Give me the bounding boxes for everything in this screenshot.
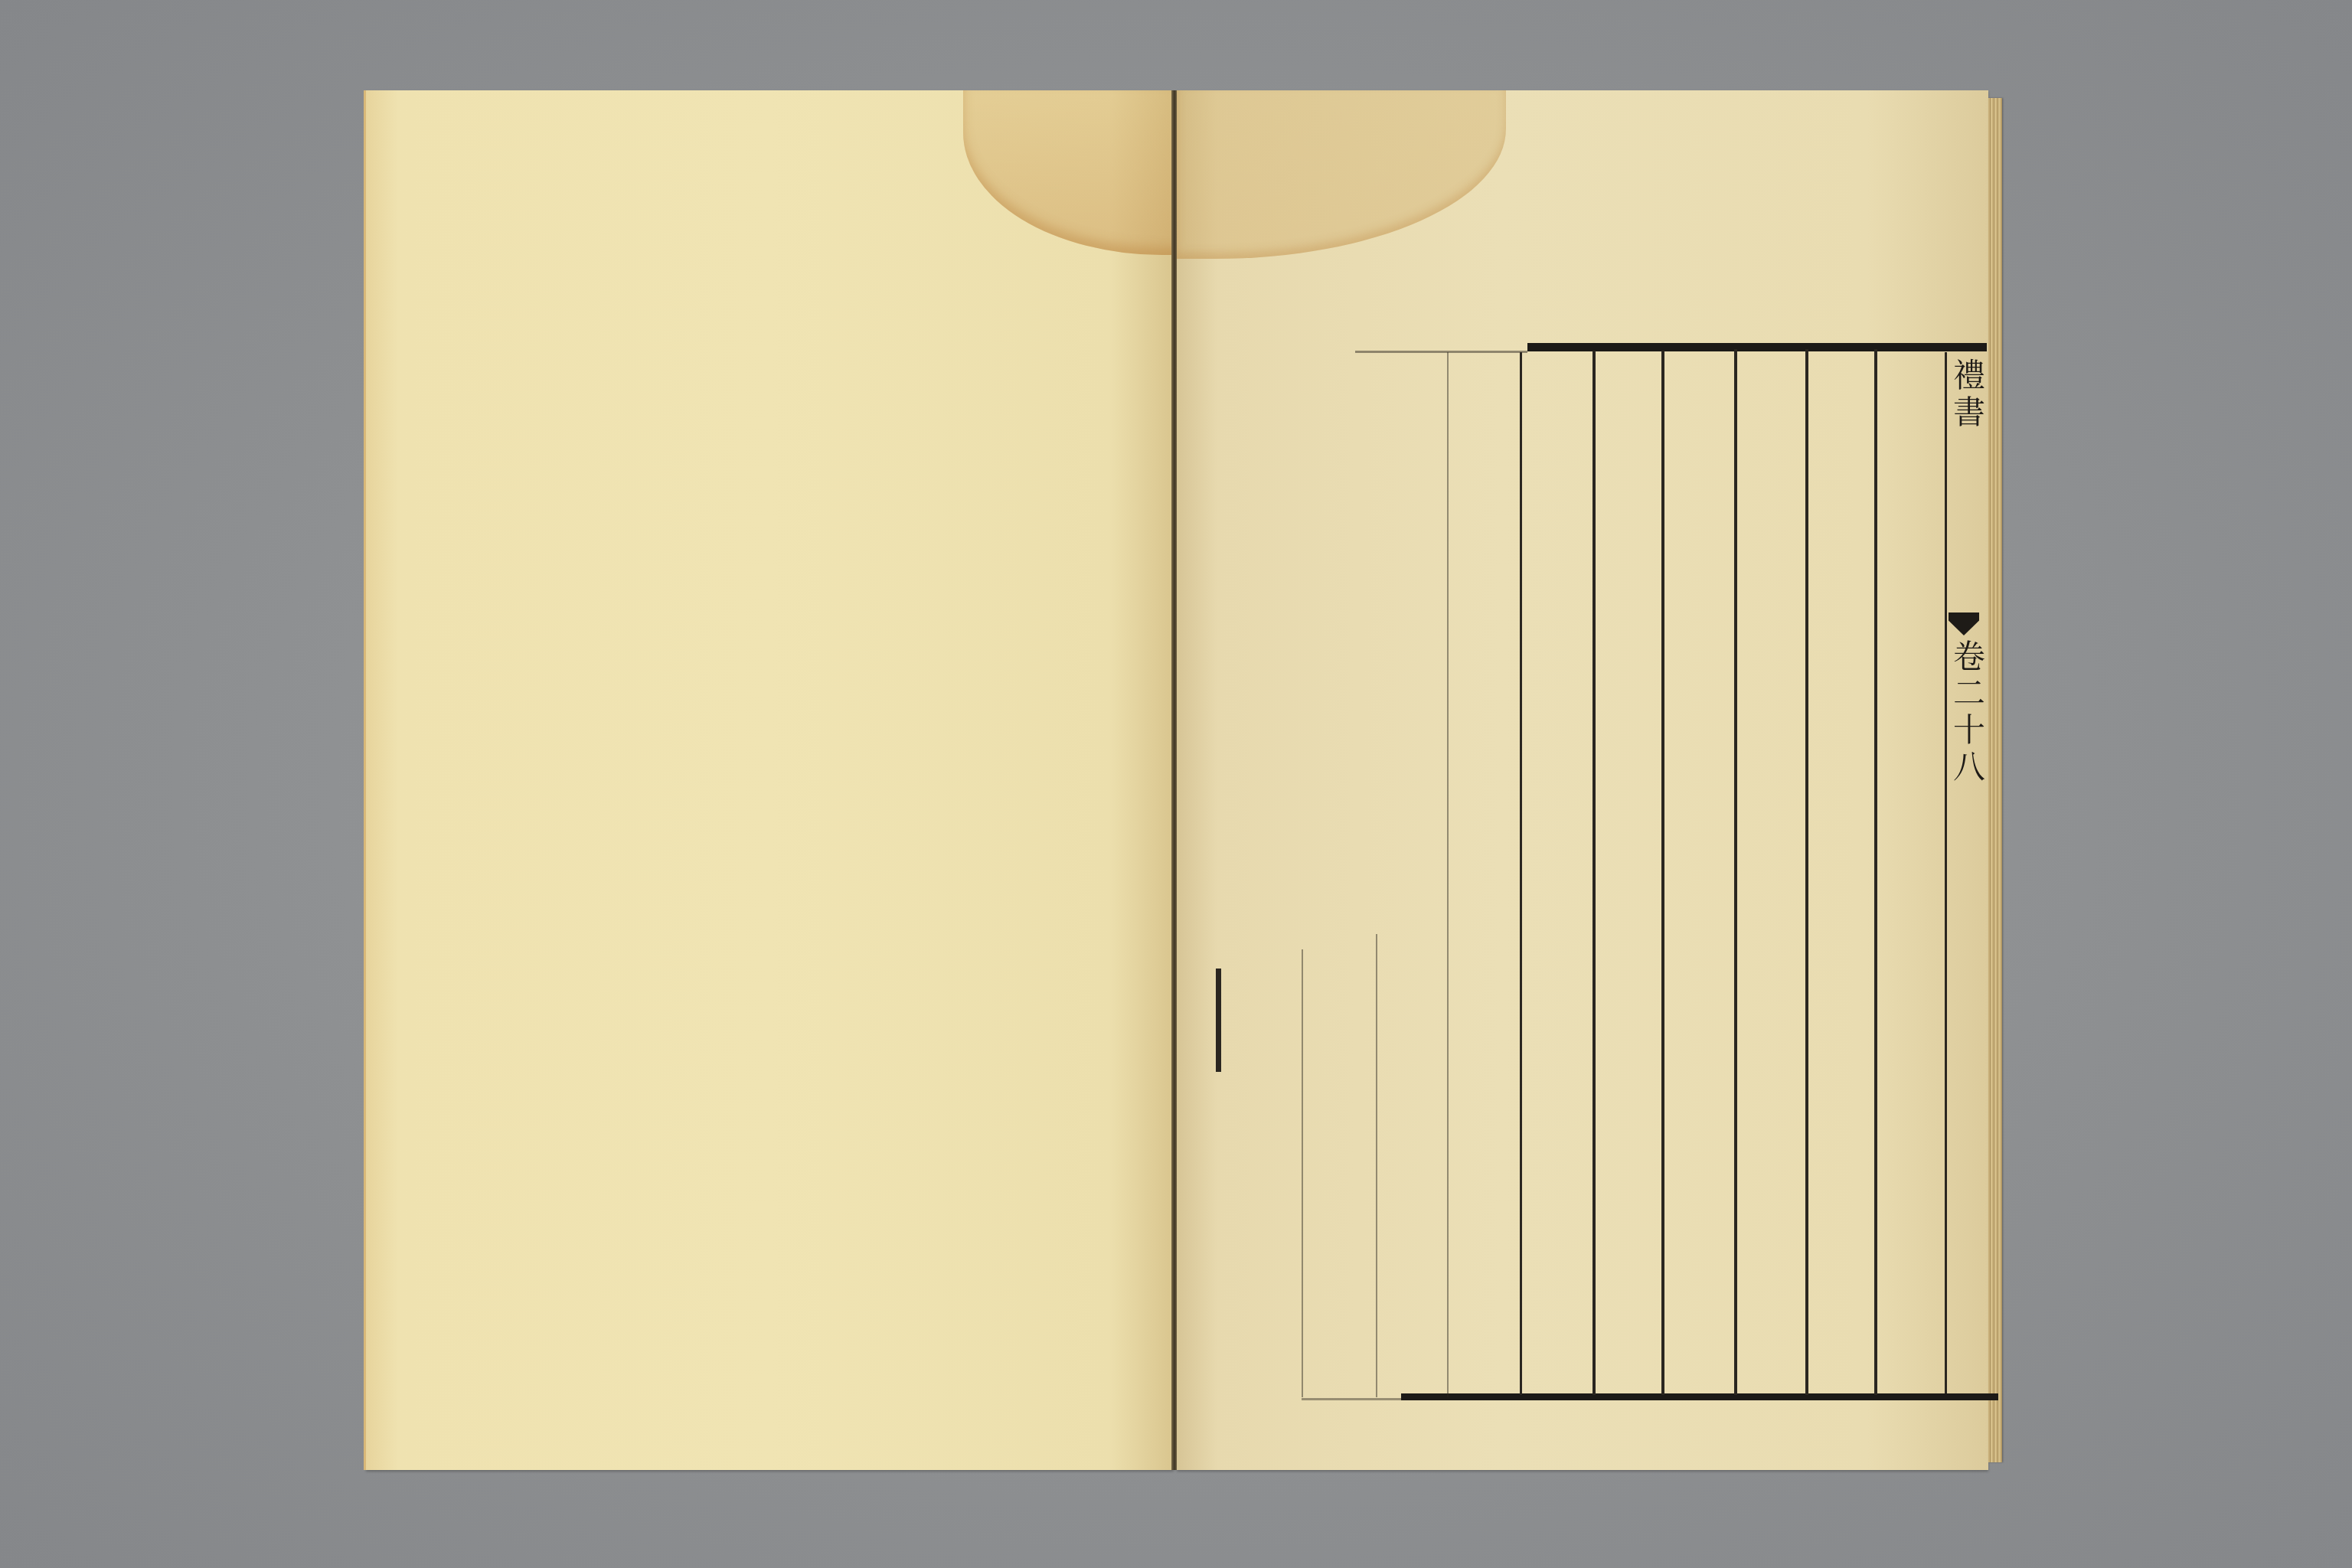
open-book: 禮書 卷二十八 xyxy=(0,0,2352,1568)
grid-bottom-rule-faint xyxy=(1302,1398,1401,1400)
book-title: 禮書 xyxy=(1950,358,1984,432)
column-line xyxy=(1520,352,1522,1395)
water-stain xyxy=(963,90,1193,255)
volume-number: 卷二十八 xyxy=(1950,639,1984,786)
grid-top-rule-faint xyxy=(1355,351,1527,353)
water-stain xyxy=(1177,90,1506,259)
column-line xyxy=(1661,351,1664,1395)
column-line xyxy=(1447,352,1449,1397)
column-line xyxy=(1592,351,1596,1395)
column-line xyxy=(1734,349,1737,1395)
column-line xyxy=(1805,349,1808,1395)
column-line xyxy=(1874,349,1877,1395)
ink-mark xyxy=(1216,969,1221,1072)
banxin-column: 禮書 卷二十八 xyxy=(1945,352,1984,1393)
left-page xyxy=(366,90,1174,1470)
grid-top-rule xyxy=(1527,343,1987,351)
grid-bottom-rule xyxy=(1401,1393,1998,1400)
column-line xyxy=(1302,949,1303,1397)
page-fore-edge xyxy=(1988,98,2002,1462)
column-line xyxy=(1376,934,1377,1397)
fish-tail-mark-icon xyxy=(1949,612,1979,635)
right-page xyxy=(1177,90,1988,1470)
